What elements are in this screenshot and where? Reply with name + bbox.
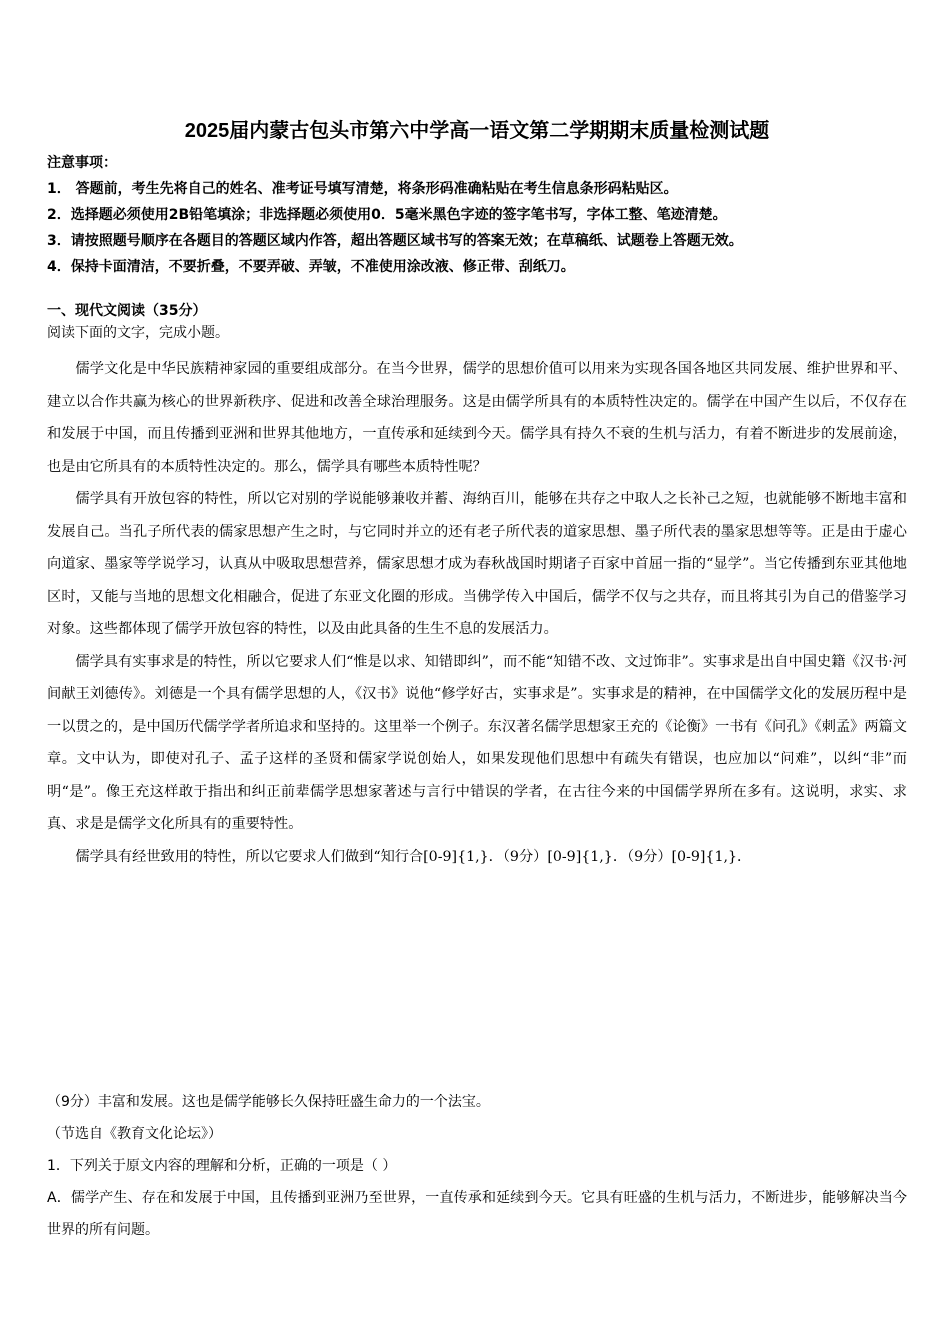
notice-item: 2．选择题必须使用2B铅笔填涂；非选择题必须使用0．5毫米黑色字迹的签字笔书写，… [47, 202, 907, 228]
passage-paragraph-tail: （9分）丰富和发展。这也是儒学能够长久保持旺盛生命力的一个法宝。 [47, 1086, 907, 1118]
notice-block: 注意事项： 1． 答题前，考生先将自己的姓名、准考证号填写清楚，将条形码准确粘贴… [47, 150, 907, 280]
section-header: 一、现代文阅读（35分） 阅读下面的文字，完成小题。 [47, 300, 907, 344]
reading-passage: 儒学文化是中华民族精神家园的重要组成部分。在当今世界，儒学的思想价值可以用来为实… [47, 353, 907, 873]
notice-item: 3．请按照题号顺序在各题目的答题区域内作答，超出答题区域书写的答案无效；在草稿纸… [47, 228, 907, 254]
notice-item: 4．保持卡面清洁，不要折叠，不要弄破、弄皱，不准使用涂改液、修正带、刮纸刀。 [47, 254, 907, 280]
passage-tail-and-question: （9分）丰富和发展。这也是儒学能够长久保持旺盛生命力的一个法宝。 （节选自《教育… [47, 1086, 907, 1246]
passage-paragraph: 儒学文化是中华民族精神家园的重要组成部分。在当今世界，儒学的思想价值可以用来为实… [47, 353, 907, 483]
section-instruction: 阅读下面的文字，完成小题。 [47, 322, 907, 344]
section-heading: 一、现代文阅读（35分） [47, 300, 907, 322]
passage-paragraph: 儒学具有开放包容的特性，所以它对别的学说能够兼收并蓄、海纳百川，能够在共存之中取… [47, 483, 907, 646]
passage-paragraph: 儒学具有经世致用的特性，所以它要求人们做到“知行合[0-9]{1,}．（9分）[… [47, 841, 907, 874]
source-citation: （节选自《教育文化论坛》） [47, 1118, 907, 1150]
passage-paragraph: 儒学具有实事求是的特性，所以它要求人们“惟是以求、知错即纠”，而不能“知错不改、… [47, 646, 907, 841]
question-stem: 1．下列关于原文内容的理解和分析，正确的一项是（ ） [47, 1150, 907, 1182]
question-option-a: A．儒学产生、存在和发展于中国，且传播到亚洲乃至世界，一直传承和延续到今天。它具… [47, 1182, 907, 1246]
notice-heading: 注意事项： [47, 150, 907, 176]
notice-item: 1． 答题前，考生先将自己的姓名、准考证号填写清楚，将条形码准确粘贴在考生信息条… [47, 176, 907, 202]
page-title: 2025届内蒙古包头市第六中学高一语文第二学期期末质量检测试题 [47, 114, 907, 143]
